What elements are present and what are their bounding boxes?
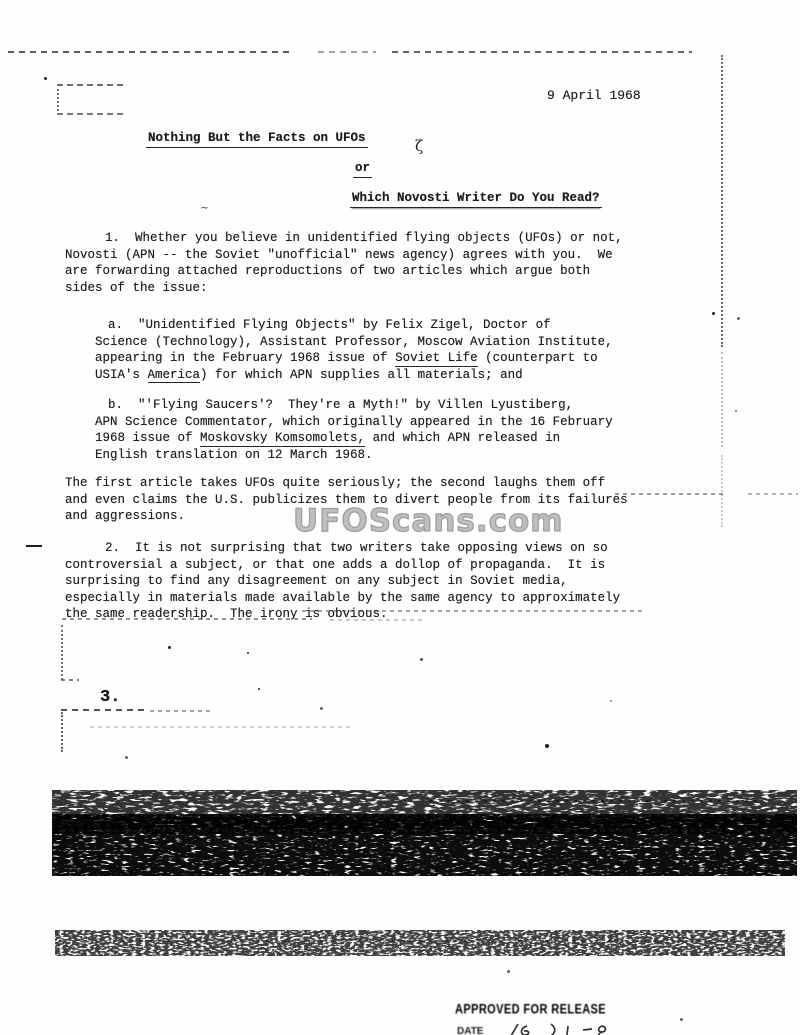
watermark: UFOScans.com [293, 503, 564, 539]
paragraph-2-line: 2. It is not surprising that two writers… [105, 540, 620, 557]
scan-speck [680, 1018, 683, 1021]
scan-noise-dashes [150, 710, 210, 712]
scan-noise-streak [60, 829, 780, 832]
scan-tick-mark: ~ [200, 201, 209, 214]
scan-noise-line-top [8, 51, 293, 53]
approval-stamp: APPROVED FOR RELEASE DATE [455, 1002, 625, 1014]
text-segment: b. "'Flying Saucers'? They're a Myth!" b… [108, 398, 573, 412]
scanned-document-page: 9 April 1968 Nothing But the Facts on UF… [0, 0, 800, 1035]
paragraph-2-line: surprising to find any disagreement on a… [65, 573, 620, 590]
scan-speck [507, 970, 510, 973]
document-title-line-3: Which Novosti Writer Do You Read? [350, 191, 602, 208]
scan-speck [168, 646, 171, 649]
document-date: 9 April 1968 [547, 88, 641, 103]
scan-noise-vertical-line [61, 625, 63, 680]
scan-squiggle-mark: ζ [415, 137, 423, 155]
paragraph-1-line: are forwarding attached reproductions of… [65, 263, 623, 280]
approval-stamp-date-label: DATE [457, 1026, 483, 1035]
paragraph-1-line: sides of the issue: [65, 280, 623, 297]
noise-texture [55, 930, 785, 956]
text-segment: 1968 issue of [95, 431, 200, 445]
scan-noise-dashes [748, 493, 798, 495]
scan-speck [247, 652, 249, 654]
text-segment: ) for which APN supplies all materials; … [200, 368, 523, 382]
paragraph-1-line: 1. Whether you believe in unidentified f… [105, 230, 623, 247]
scan-noise-line-top [318, 51, 376, 53]
approval-stamp-text: APPROVED FOR RELEASE [455, 1002, 625, 1017]
text-segment: USIA's [95, 368, 148, 382]
subparagraph-b-line: b. "'Flying Saucers'? They're a Myth!" b… [108, 397, 613, 414]
scan-noise-vertical-line [721, 455, 723, 527]
handwritten-date-marks [505, 1023, 625, 1035]
text-segment: appearing in the February 1968 issue of [95, 351, 395, 365]
subparagraph-a-line: a. "Unidentified Flying Objects" by Feli… [108, 317, 613, 334]
subparagraph-a-line: Science (Technology), Assistant Professo… [95, 334, 613, 351]
handwriting-strokes [505, 1023, 625, 1035]
scan-noise-vertical-line [721, 352, 723, 447]
scan-speck [258, 688, 260, 690]
scan-speck [44, 77, 47, 80]
scan-noise-dashes [61, 679, 79, 681]
paragraph-1-line: Novosti (APN -- the Soviet "unofficial" … [65, 247, 623, 264]
text-segment: a. "Unidentified Flying Objects" by Feli… [108, 318, 551, 332]
paragraph-2-line: controversial a subject, or that one add… [65, 557, 620, 574]
scan-noise-dashes [330, 619, 425, 621]
scan-noise-streak [70, 814, 770, 817]
margin-note-3: 3. [100, 688, 120, 707]
scan-noise-streak [90, 858, 710, 860]
paragraph-2-line: especially in materials made available b… [65, 590, 620, 607]
subparagraph-a-line: USIA's America) for which APN supplies a… [95, 367, 613, 384]
scan-noise-line-top [392, 51, 692, 53]
subparagraph-b-line: APN Science Commentator, which originall… [95, 414, 613, 431]
scan-noise-band-light [55, 930, 785, 956]
scan-noise-streak [65, 844, 775, 847]
underlined-publication-name: Soviet Life [395, 351, 478, 367]
scan-noise-vertical-line [721, 55, 723, 347]
scan-speck [735, 410, 737, 412]
scan-noise-dashes [302, 610, 642, 612]
underlined-publication-name: America [148, 368, 201, 384]
scan-speck [125, 756, 128, 759]
paragraph-first-article-line: The first article takes UFOs quite serio… [65, 475, 628, 492]
scan-noise-dashes [90, 726, 350, 728]
text-segment: APN Science Commentator, which originall… [95, 415, 613, 429]
subparagraph-a: a. "Unidentified Flying Objects" by Feli… [95, 317, 613, 383]
paragraph-1: 1. Whether you believe in unidentified f… [65, 230, 623, 296]
subparagraph-b-line: English translation on 12 March 1968. [95, 447, 613, 464]
scan-speck [610, 700, 612, 702]
text-segment: English translation on 12 March 1968. [95, 448, 373, 462]
subparagraph-b: b. "'Flying Saucers'? They're a Myth!" b… [95, 397, 613, 463]
scan-speck [26, 545, 42, 547]
scan-noise-streak [95, 940, 735, 942]
underlined-publication-name: Moskovsky Komsomolets, [200, 431, 365, 447]
scan-speck [712, 312, 715, 315]
document-title-line-1: Nothing But the Facts on UFOs [146, 131, 368, 148]
scan-speck [737, 317, 740, 320]
scan-speck [545, 744, 549, 748]
scan-speck [320, 707, 323, 710]
scan-dashed-box [57, 84, 123, 115]
scan-noise-dashes [615, 493, 727, 495]
text-segment: Science (Technology), Assistant Professo… [95, 335, 613, 349]
text-segment: (counterpart to [478, 351, 598, 365]
subparagraph-b-line: 1968 issue of Moskovsky Komsomolets, and… [95, 430, 613, 447]
scan-speck [420, 658, 423, 661]
document-title-line-2: or [353, 161, 372, 178]
scan-noise-dashes [62, 618, 312, 620]
scan-noise-streak [430, 800, 760, 802]
scan-noise-vertical-line [61, 712, 63, 752]
subparagraph-a-line: appearing in the February 1968 issue of … [95, 350, 613, 367]
scan-noise-dashes [61, 709, 147, 711]
text-segment: and which APN released in [365, 431, 560, 445]
